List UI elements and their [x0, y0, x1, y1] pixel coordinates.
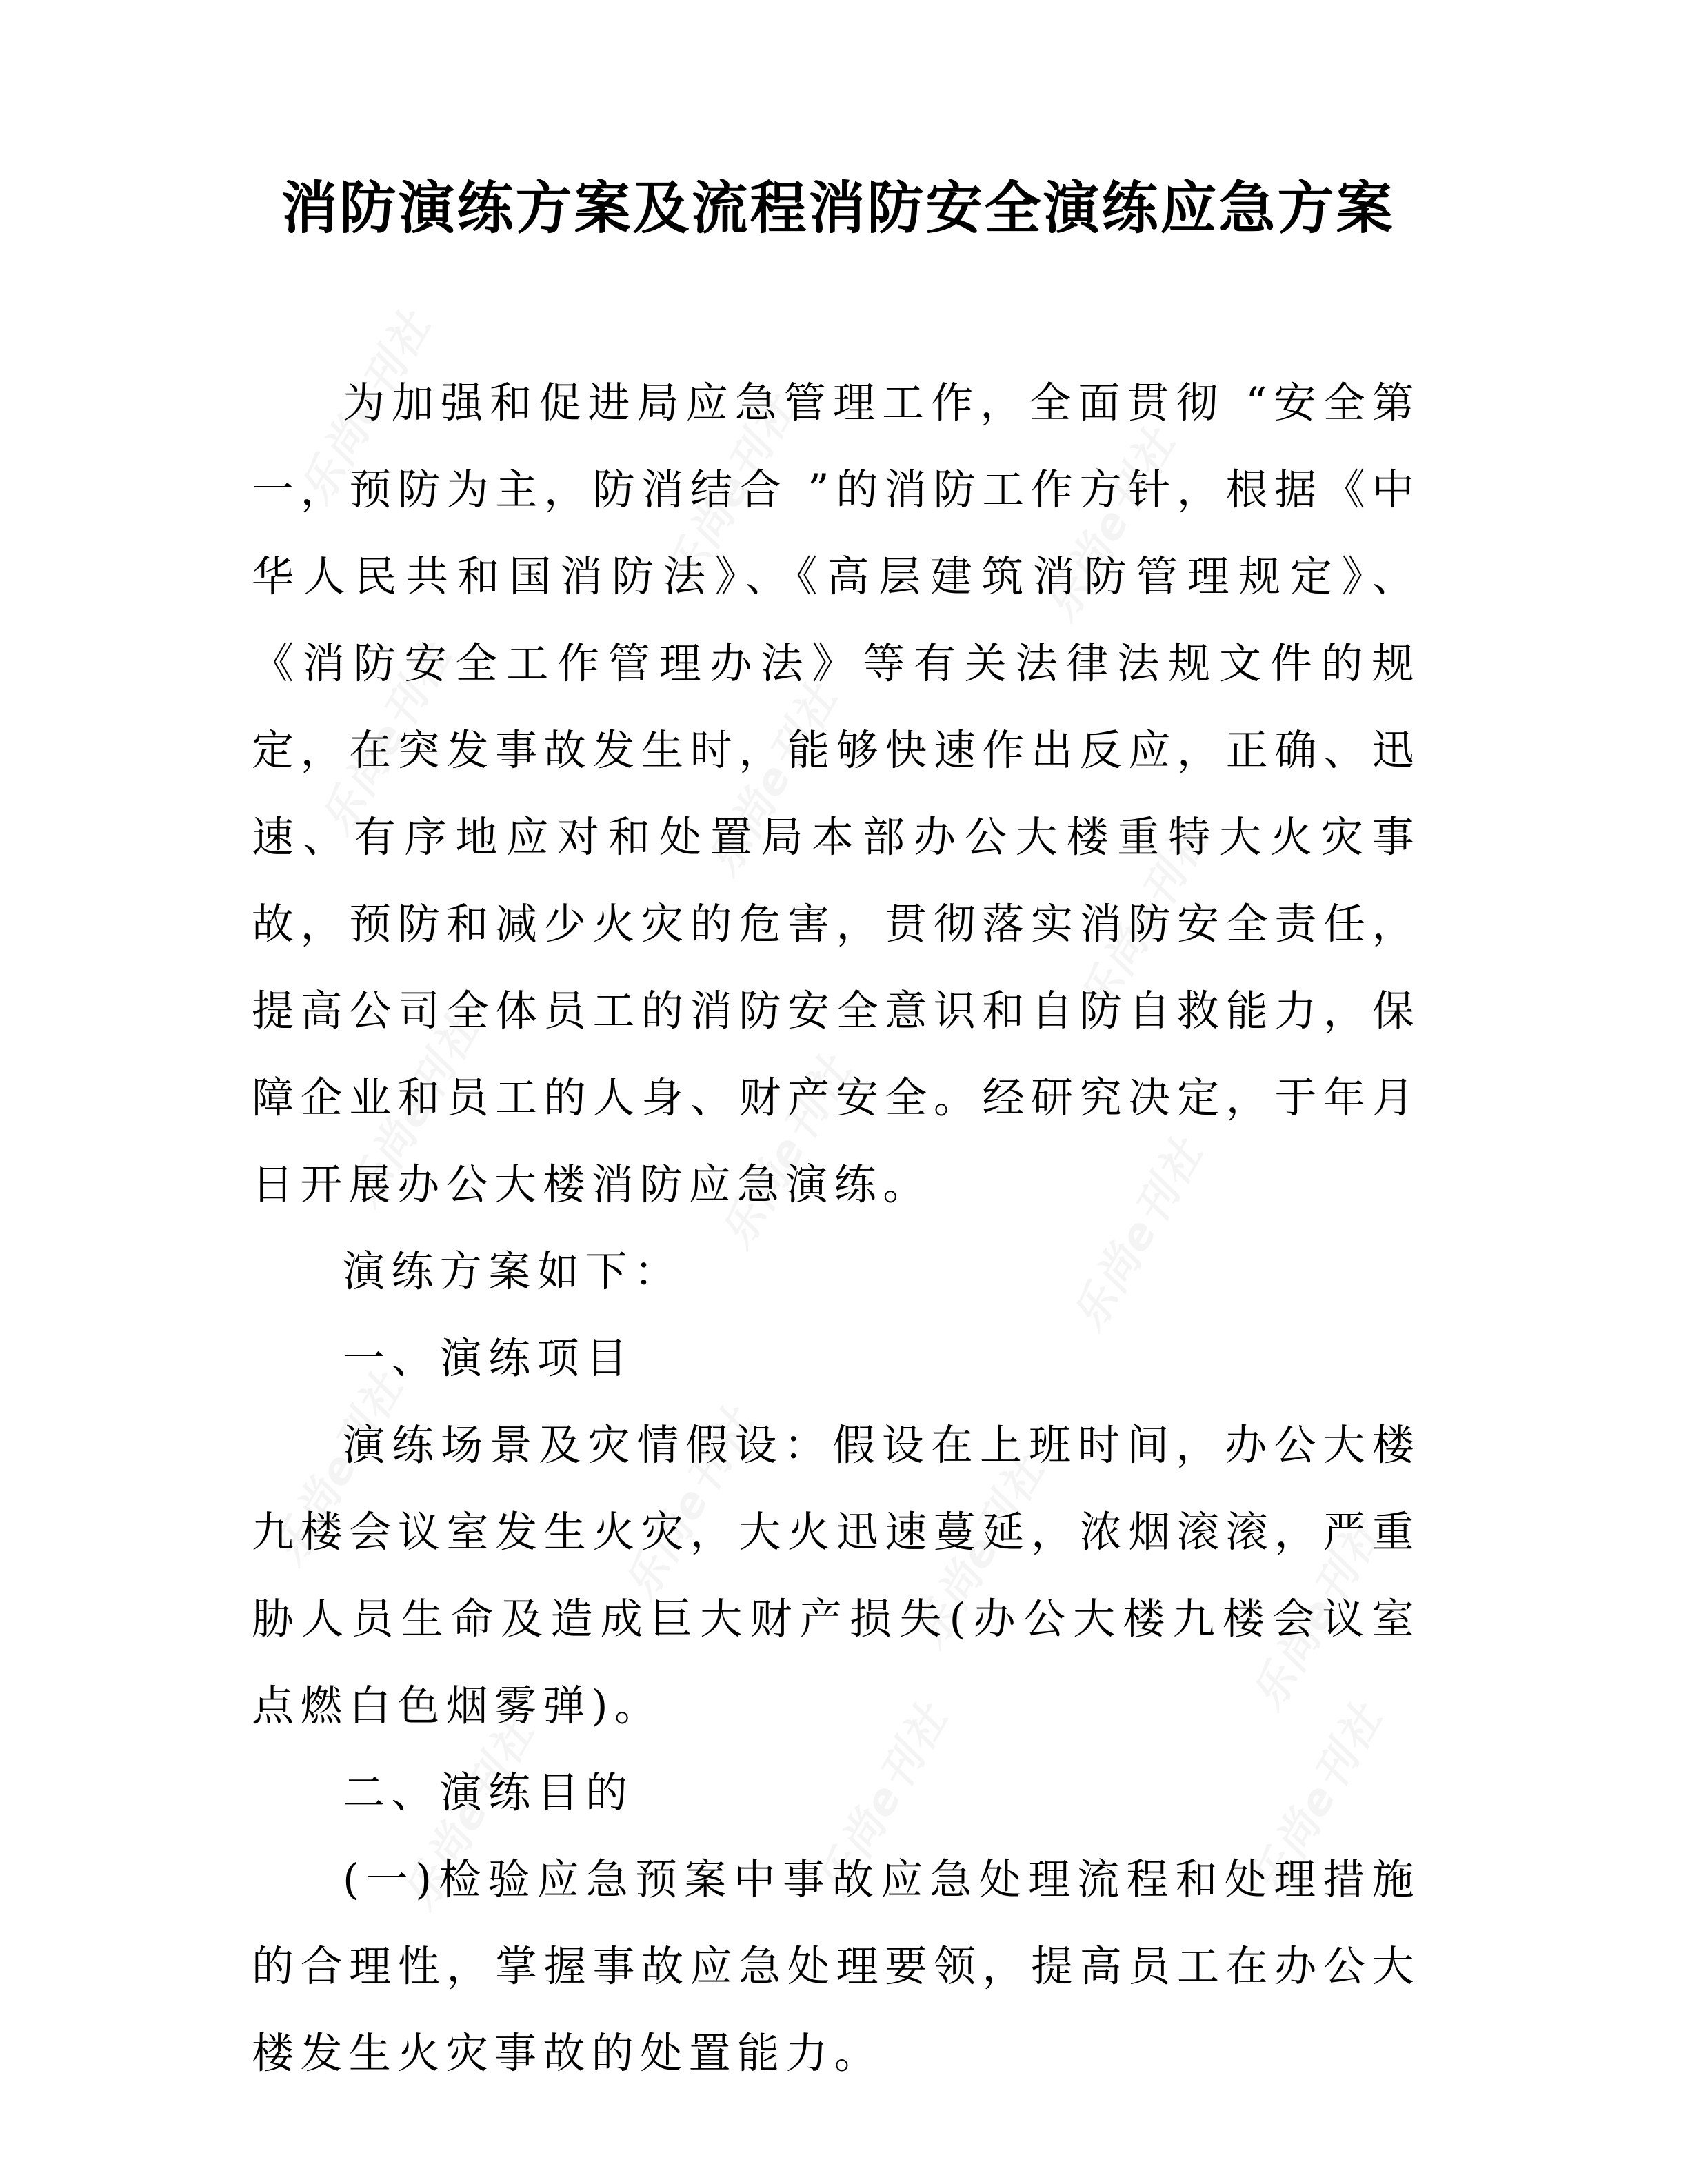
section-heading-drill-purpose: 二、演练目的	[252, 1750, 1420, 1837]
document-page: 乐尚e刊社 乐尚e刊社 乐尚e刊社 乐尚e刊社 乐尚e刊社 乐尚e刊社 乐尚e刊…	[0, 0, 1688, 2184]
document-body: 为加强和促进局应急管理工作，全面贯彻 “安全第一，预防为主，防消结合 ”的消防工…	[252, 360, 1420, 2097]
plan-intro-paragraph: 演练方案如下：	[252, 1228, 1420, 1315]
intro-paragraph: 为加强和促进局应急管理工作，全面贯彻 “安全第一，预防为主，防消结合 ”的消防工…	[252, 360, 1420, 1228]
section-heading-drill-items: 一、演练项目	[252, 1315, 1420, 1402]
scenario-paragraph: 演练场景及灾情假设：假设在上班时间，办公大楼九楼会议室发生火灾，大火迅速蔓延，浓…	[252, 1402, 1420, 1750]
purpose-item-1-paragraph: (一)检验应急预案中事故应急处理流程和处理措施的合理性，掌握事故应急处理要领，提…	[252, 1837, 1420, 2097]
document-title: 消防演练方案及流程消防安全演练应急方案	[255, 165, 1420, 251]
